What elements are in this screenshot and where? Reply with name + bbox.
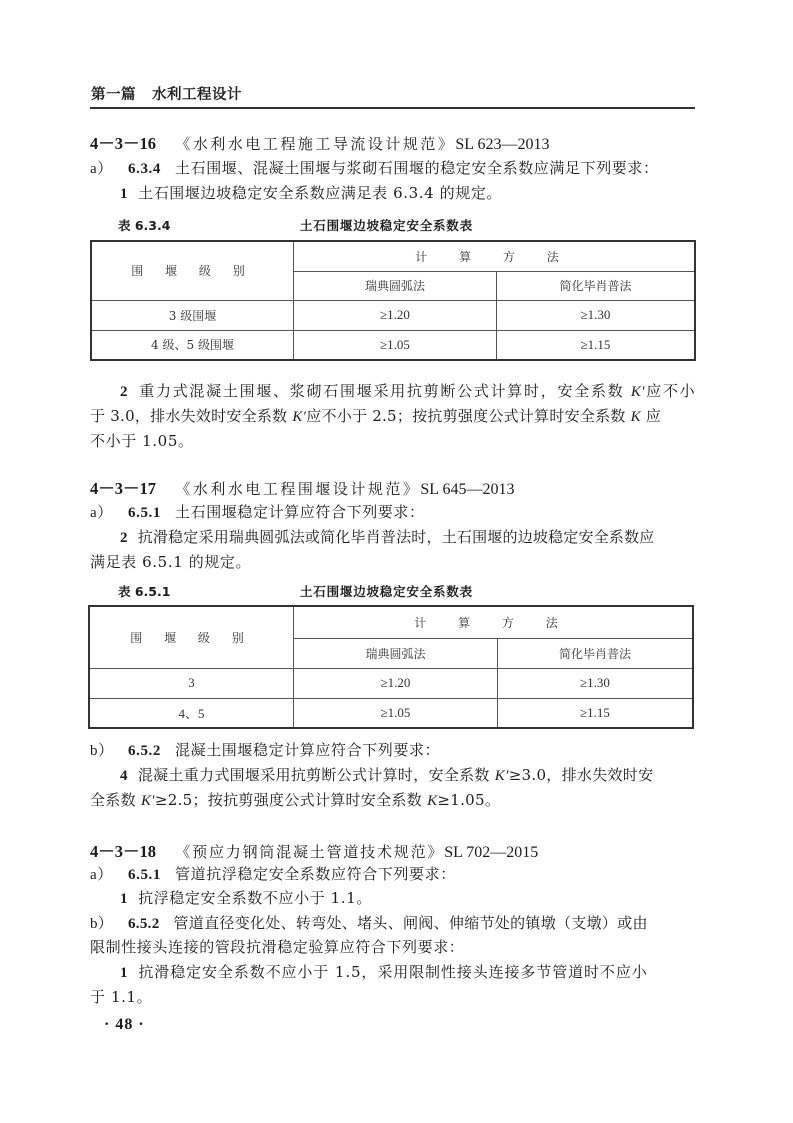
section-heading-4-3-16: 4－3－16 《水利水电工程施工导流设计规范》SL 623—2013 (90, 131, 695, 157)
text-run: 应不小于 2.5；按抗剪强度公式计算时安全系数 (306, 407, 625, 425)
cell-level: 3 级围堰 (91, 300, 294, 330)
text-run: 于 3.0，排水失效时安全系数 (90, 407, 287, 425)
clause-label: a） (90, 157, 128, 182)
standard-title: 《水利水电工程围堰设计规范》 (175, 480, 420, 498)
clause-6-5-2-pipe: b）6.5.2管道直径变化处、转弯处、堵头、闸阀、伸缩节处的镇墩（支墩）或由 (90, 911, 695, 937)
item-text: 抗滑稳定安全系数不应小于 1.5，采用限制性接头连接多节管道时不应小 (138, 963, 647, 981)
clause-number: 6.5.2 (128, 912, 160, 937)
header-dam-level: 围 堰 级 别 (91, 241, 294, 300)
clause-item-continued: 于 1.1。 (90, 985, 695, 1010)
clause-text: 土石围堰稳定计算应符合下列要求： (175, 503, 425, 521)
clause-text: 土石围堰、混凝土围堰与浆砌石围堰的稳定安全系数应满足下列要求： (175, 159, 659, 177)
clause-item: 1土石围堰边坡稳定安全系数应满足表 6.3.4 的规定。 (120, 181, 695, 207)
text-run: ≥1.05。 (437, 791, 500, 809)
symbol-k: K (631, 409, 641, 425)
text-run: ≥2.5；按抗剪强度公式计算时安全系数 (155, 791, 422, 809)
cell-level: 4、5 (89, 698, 294, 728)
item-text: 抗浮稳定安全系数不应小于 1.1。 (138, 889, 372, 907)
cell-bishop: ≥1.15 (498, 698, 694, 728)
section-number: 4－3－16 (90, 134, 156, 153)
clause-item: 2抗滑稳定采用瑞典圆弧法或简化毕肖普法时，土石围堰的边坡稳定安全系数应 (120, 525, 695, 551)
text-run: 不小于 1.05。 (90, 432, 194, 450)
standard-title: 《水利水电工程施工导流设计规范》 (175, 135, 455, 153)
header-dam-level: 围 堰 级 别 (89, 606, 294, 668)
clause-label: b） (90, 739, 128, 764)
item-number: 4 (120, 768, 128, 784)
cell-bishop: ≥1.30 (497, 300, 696, 330)
text-run: 应不小 (645, 382, 695, 400)
clause-item-continued: 全系数 K′≥2.5；按抗剪强度公式计算时安全系数 K≥1.05。 (90, 788, 695, 814)
cell-swedish: ≥1.20 (294, 300, 497, 330)
safety-factor-table-6-5-1: 围 堰 级 别 计 算 方 法 瑞典圆弧法 简化毕肖普法 3 ≥1.20 ≥1.… (88, 605, 694, 729)
table-row: 3 级围堰 ≥1.20 ≥1.30 (91, 300, 695, 330)
running-head: 第一篇水利工程设计 (91, 83, 242, 104)
cell-level: 4 级、5 级围堰 (91, 330, 294, 360)
item-text: 抗滑稳定采用瑞典圆弧法或简化毕肖普法时，土石围堰的边坡稳定安全系数应 (138, 528, 655, 546)
item-number: 2 (120, 530, 128, 546)
clause-text-continued: 限制性接头连接的管段抗滑稳定验算应符合下列要求： (90, 935, 695, 960)
clause-label: a） (90, 863, 128, 888)
table-row: 3 ≥1.20 ≥1.30 (89, 668, 693, 698)
symbol-k-prime: K′ (141, 793, 155, 809)
clause-number: 6.5.1 (128, 501, 161, 526)
cell-bishop: ≥1.15 (497, 330, 696, 360)
header-swedish-circle: 瑞典圆弧法 (294, 271, 497, 300)
clause-6-5-1-pipe: a）6.5.1管道抗浮稳定安全系数应符合下列要求： (90, 862, 695, 888)
section-number: 4－3－17 (90, 479, 156, 498)
paragraph-line: 不小于 1.05。 (90, 429, 695, 454)
item-number: 1 (120, 186, 128, 202)
clause-6-5-2: b）6.5.2混凝土围堰稳定计算应符合下列要求： (90, 738, 695, 764)
item-number: 2 (120, 384, 128, 400)
standard-code: SL 623—2013 (455, 136, 549, 153)
clause-label: b） (90, 912, 128, 937)
part-label: 第一篇 (91, 87, 136, 103)
header-swedish-circle: 瑞典圆弧法 (294, 638, 498, 668)
text-run: 混凝土重力式围堰采用抗剪断公式计算时，安全系数 (138, 766, 490, 784)
clause-item: 1抗浮稳定安全系数不应小于 1.1。 (120, 886, 695, 912)
item-text: 于 1.1。 (90, 988, 152, 1006)
clause-number: 6.5.2 (128, 739, 161, 764)
cell-swedish: ≥1.05 (294, 330, 497, 360)
table-row: 4 级、5 级围堰 ≥1.05 ≥1.15 (91, 330, 695, 360)
safety-factor-table-6-3-4: 围 堰 级 别 计 算 方 法 瑞典圆弧法 简化毕肖普法 3 级围堰 ≥1.20… (90, 240, 696, 361)
clause-item: 1抗滑稳定安全系数不应小于 1.5，采用限制性接头连接多节管道时不应小 (120, 960, 695, 986)
symbol-k-prime: K′ (292, 409, 306, 425)
cell-bishop: ≥1.30 (498, 668, 694, 698)
text-run: ≥3.0，排水失效时安 (509, 766, 654, 784)
table-number: 表 6.5.1 (118, 582, 170, 600)
clause-label: a） (90, 501, 128, 526)
standard-code: SL 645—2013 (420, 481, 514, 498)
header-simplified-bishop: 简化毕肖普法 (498, 638, 694, 668)
header-rule (90, 107, 695, 109)
section-number: 4－3－18 (90, 842, 156, 861)
clause-number: 6.5.1 (128, 863, 161, 888)
table-title: 土石围堰边坡稳定安全系数表 (300, 582, 473, 600)
section-heading-4-3-17: 4－3－17 《水利水电工程围堰设计规范》SL 645—2013 (90, 476, 695, 502)
part-title: 水利工程设计 (152, 87, 242, 103)
text-run: 应 (646, 407, 661, 425)
document-page: 第一篇水利工程设计 4－3－16 《水利水电工程施工导流设计规范》SL 623—… (0, 0, 793, 1123)
symbol-k-prime: K′ (495, 768, 509, 784)
header-simplified-bishop: 简化毕肖普法 (497, 271, 696, 300)
clause-item: 4混凝土重力式围堰采用抗剪断公式计算时，安全系数 K′≥3.0，排水失效时安 (120, 763, 695, 789)
item-text: 满足表 6.5.1 的规定。 (90, 553, 251, 571)
item-number: 1 (120, 891, 128, 907)
header-calc-method: 计 算 方 法 (294, 606, 694, 638)
table-row: 4、5 ≥1.05 ≥1.15 (89, 698, 693, 728)
table-number: 表 6.3.4 (118, 216, 170, 234)
page-number: · 48 · (104, 1016, 145, 1034)
paragraph-line: 于 3.0，排水失效时安全系数 K′应不小于 2.5；按抗剪强度公式计算时安全系… (90, 404, 695, 430)
clause-text: 限制性接头连接的管段抗滑稳定验算应符合下列要求： (90, 938, 464, 956)
cell-swedish: ≥1.05 (294, 698, 498, 728)
clause-text: 管道抗浮稳定安全系数应符合下列要求： (175, 865, 456, 883)
symbol-k-prime: K′ (631, 384, 645, 400)
clause-text: 混凝土围堰稳定计算应符合下列要求： (175, 741, 440, 759)
clause-6-3-4: a）6.3.4土石围堰、混凝土围堰与浆砌石围堰的稳定安全系数应满足下列要求： (90, 156, 695, 182)
text-run: 全系数 (90, 791, 136, 809)
symbol-k: K (427, 793, 437, 809)
clause-item-continued: 满足表 6.5.1 的规定。 (90, 550, 695, 575)
clause-6-5-1: a）6.5.1土石围堰稳定计算应符合下列要求： (90, 500, 695, 526)
item-number: 1 (120, 965, 128, 981)
standard-title: 《预应力钢筒混凝土管道技术规范》 (175, 843, 444, 861)
item-text: 土石围堰边坡稳定安全系数应满足表 6.3.4 的规定。 (138, 184, 502, 202)
cell-level: 3 (89, 668, 294, 698)
clause-text: 管道直径变化处、转弯处、堵头、闸阀、伸缩节处的镇墩（支墩）或由 (174, 914, 648, 932)
cell-swedish: ≥1.20 (294, 668, 498, 698)
clause-number: 6.3.4 (128, 157, 161, 182)
paragraph-line: 2重力式混凝土围堰、浆砌石围堰采用抗剪断公式计算时，安全系数 K′应不小 (120, 379, 695, 405)
text-run: 重力式混凝土围堰、浆砌石围堰采用抗剪断公式计算时，安全系数 (138, 382, 625, 400)
header-calc-method: 计 算 方 法 (294, 241, 696, 271)
table-title: 土石围堰边坡稳定安全系数表 (300, 216, 473, 234)
standard-code: SL 702—2015 (444, 844, 538, 861)
